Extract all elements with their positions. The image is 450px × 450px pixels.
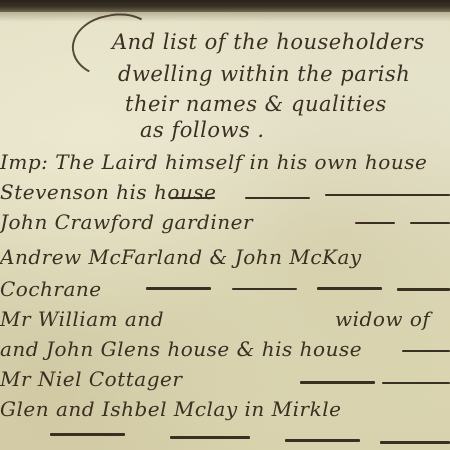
heading-line-4: as follows .	[140, 118, 265, 142]
entry-5-dash	[317, 287, 382, 290]
page-top-edge	[0, 0, 450, 12]
entry-10-dash	[50, 433, 125, 436]
entry-5-dash	[397, 288, 450, 291]
entry-10-dash	[380, 441, 450, 444]
entry-5: Cochrane	[0, 277, 102, 301]
entry-8-dash	[300, 381, 375, 384]
entry-2-dash	[170, 197, 215, 199]
entry-10-dash	[285, 439, 360, 442]
entry-2-dash	[325, 194, 450, 196]
entry-2-dash	[245, 197, 310, 199]
entry-9: Glen and Ishbel Mclay in Mirkle	[0, 397, 341, 421]
entry-3-dash	[355, 222, 395, 224]
entry-2: Stevenson his house	[0, 180, 216, 204]
entry-5-dash	[232, 288, 297, 290]
page-fold-shadow	[0, 12, 450, 22]
entry-1: Imp: The Laird himself in his own house	[0, 150, 427, 174]
entry-7: and John Glens house & his house	[0, 337, 362, 361]
heading-line-2: dwelling within the parish	[118, 62, 410, 86]
entry-8: Mr Niel Cottager	[0, 367, 182, 391]
entry-7-dash	[402, 350, 450, 352]
heading-line-1: And list of the householders	[112, 30, 425, 54]
entry-5-dash	[146, 287, 211, 290]
entry-6: Mr William and	[0, 307, 164, 331]
entry-6-note: widow of	[335, 307, 430, 331]
entry-8-dash	[382, 382, 450, 384]
heading-line-3: their names & qualities	[125, 92, 387, 116]
entry-3-dash	[410, 222, 450, 224]
entry-10-dash	[170, 436, 250, 439]
entry-3: John Crawford gardiner	[0, 210, 253, 234]
entry-4: Andrew McFarland & John McKay	[0, 245, 362, 269]
